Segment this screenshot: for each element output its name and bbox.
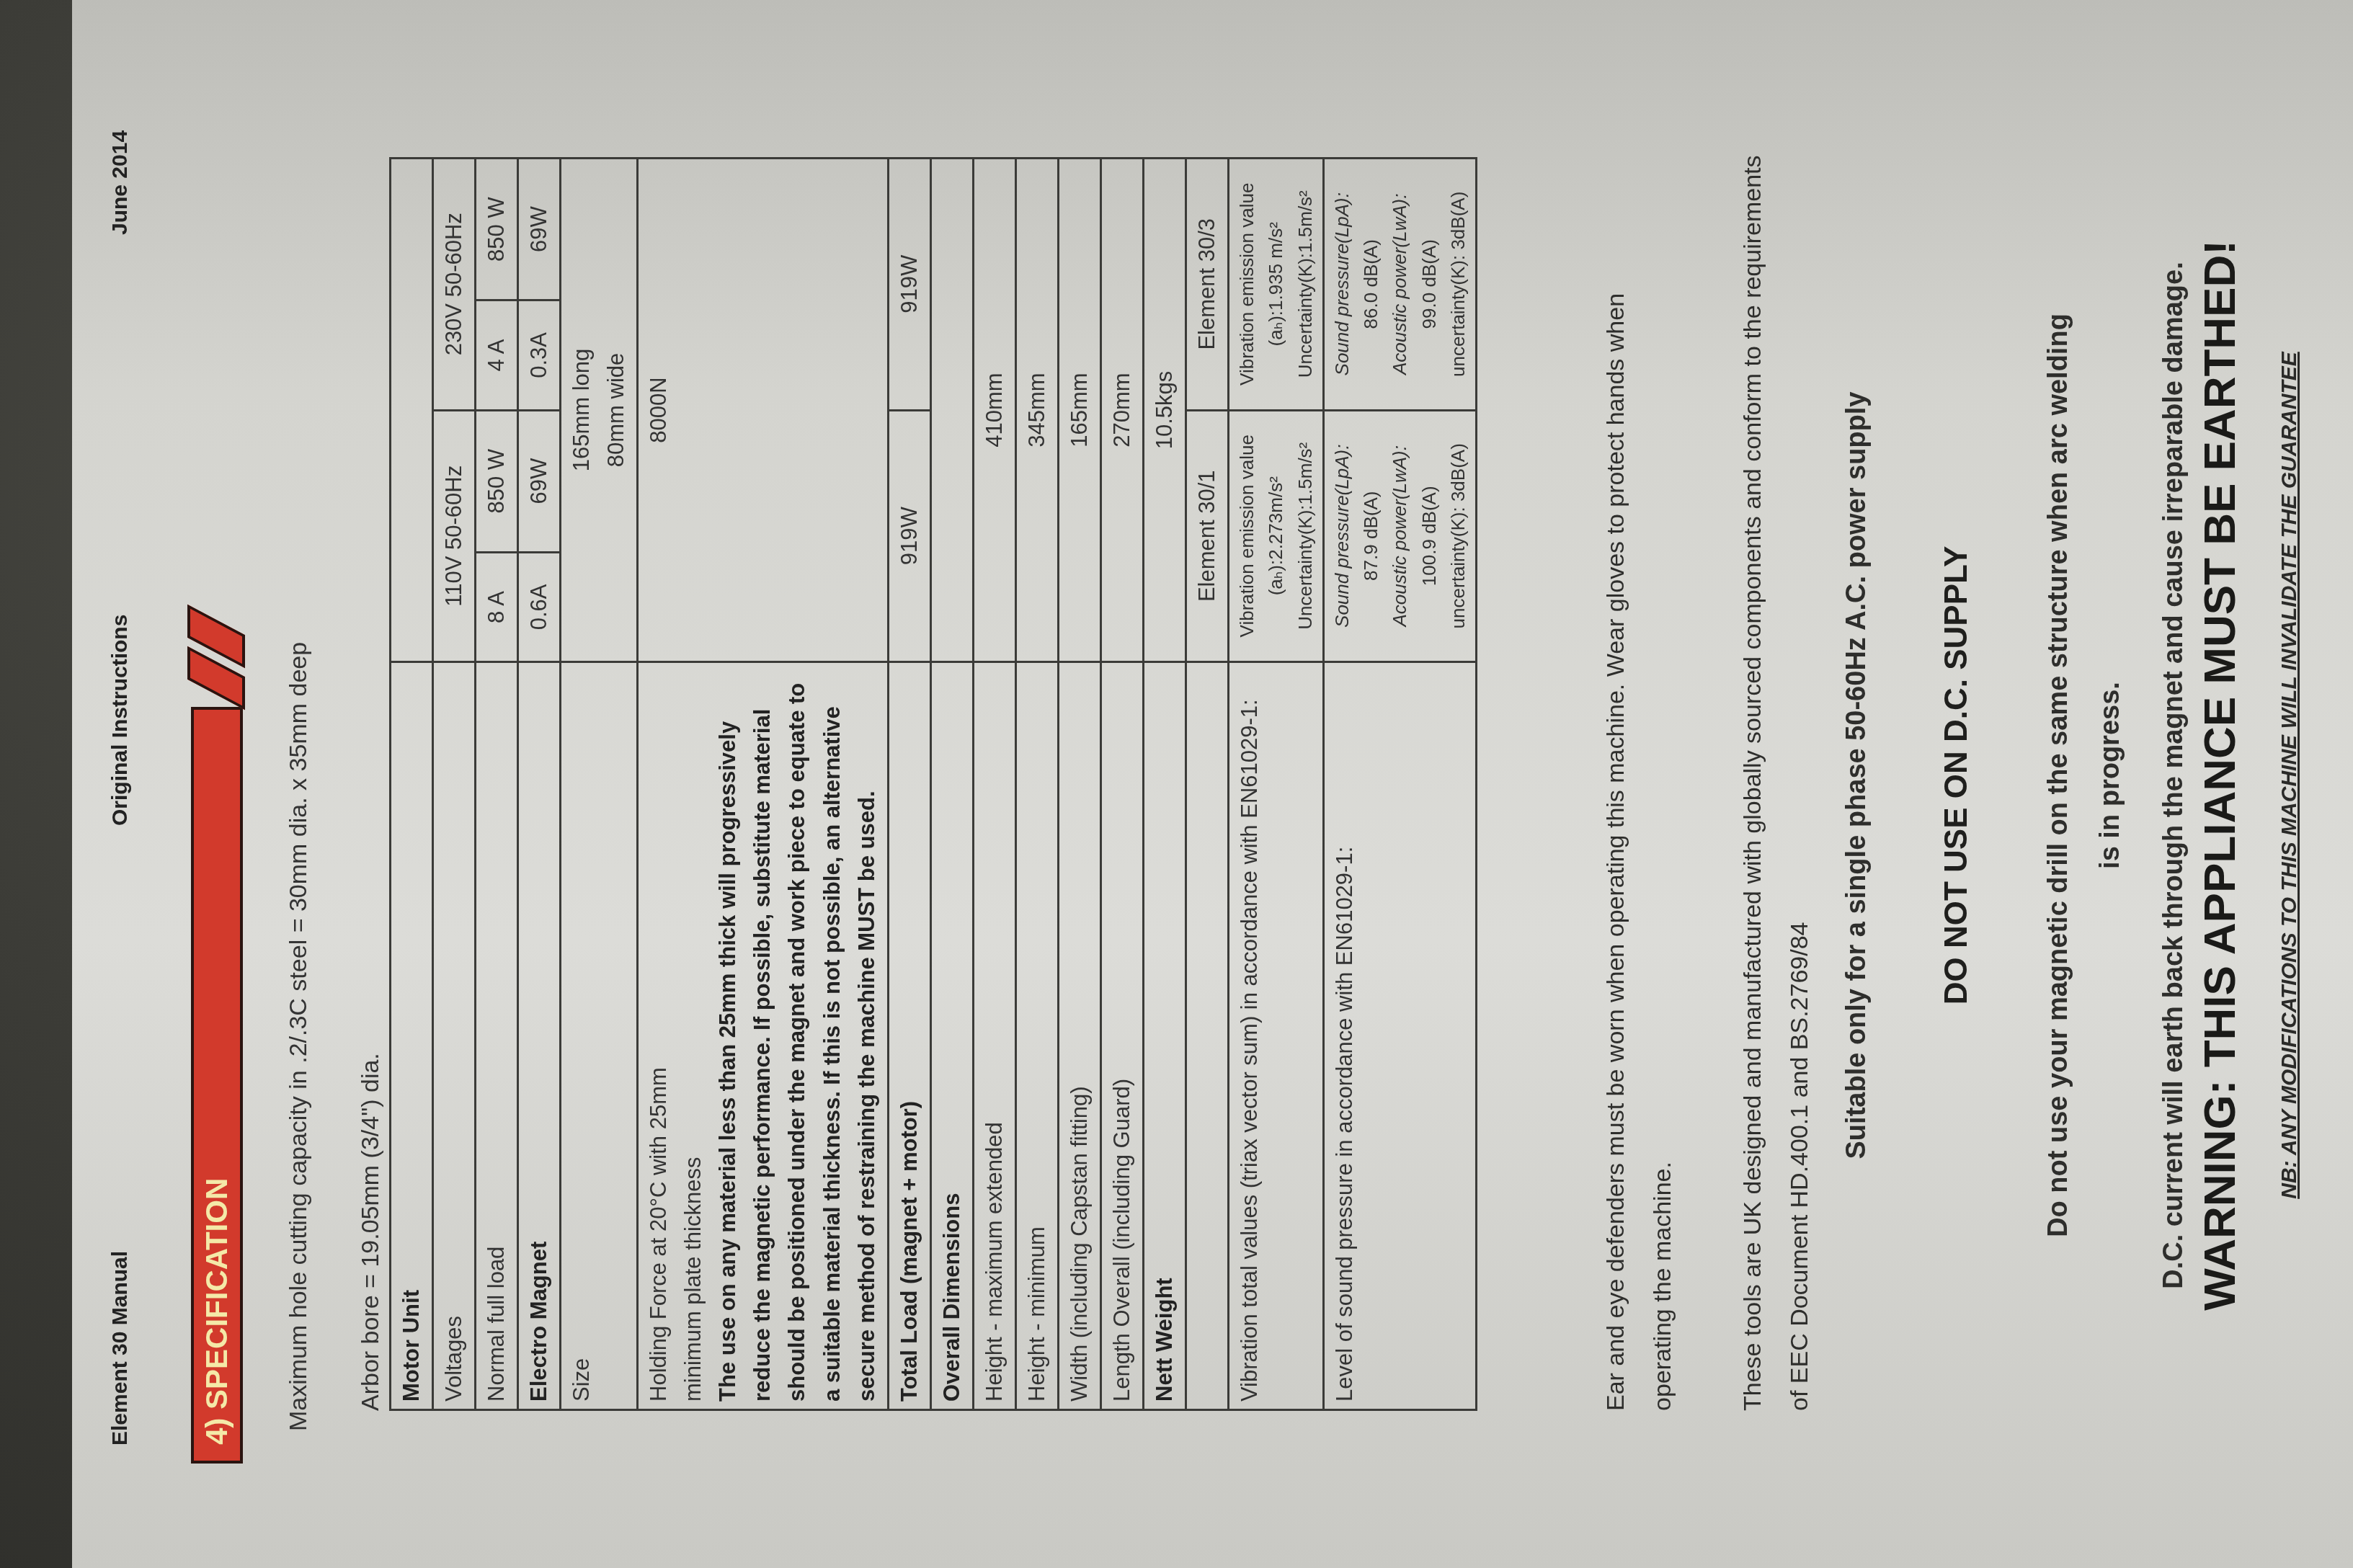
- cell-value: Vibration emission value (aₕ):2.273m/s² …: [1228, 410, 1323, 661]
- arbor-text: Arbor bore = 19.05mm (3/4") dia.: [357, 1053, 385, 1411]
- cell-value: Vibration emission value (aₕ):1.935 m/s²…: [1228, 159, 1323, 411]
- manual-subtitle: Original Instructions: [108, 615, 133, 826]
- row-label: Total Load (magnet + motor): [888, 662, 930, 1410]
- size-width: 80mm wide: [599, 166, 633, 654]
- row-label: Height - maximum extended: [973, 662, 1015, 1410]
- cell-value: 10.5kgs: [1143, 159, 1186, 662]
- cell-value: 850 W: [476, 159, 518, 300]
- row-label: Electro Magnet: [518, 662, 561, 1410]
- cell-value: 270mm: [1100, 159, 1143, 662]
- model-header: Element 30/1: [1186, 410, 1228, 661]
- welding-warning: Do not use your magnetic drill on the sa…: [2032, 307, 2136, 1244]
- cell-value: Sound pressure(LpA): 87.9 dB(A) Acoustic…: [1323, 410, 1476, 661]
- table-row: Overall Dimensions: [930, 159, 973, 1410]
- table-row: Length Overall (including Guard) 270mm: [1100, 159, 1143, 1410]
- row-label: Voltages: [433, 662, 476, 1410]
- cell-value: 0.3A: [518, 300, 561, 410]
- cell-value: 69W: [518, 410, 561, 552]
- size-length: 165mm long: [564, 166, 599, 654]
- section-title: 4) SPECIFICATION: [200, 1178, 234, 1445]
- row-label: Level of sound pressure in accordance wi…: [1323, 662, 1476, 1410]
- table-row: Height - minimum 345mm: [1015, 159, 1058, 1410]
- row-label: Holding Force at 20°C with 25mm minimum …: [638, 662, 888, 1410]
- spec-table: Motor Unit Voltages 110V 50-60Hz 230V 50…: [389, 157, 1477, 1411]
- holding-warning: The use on any material less than 25mm t…: [711, 670, 884, 1402]
- cell-value: 8000N: [638, 159, 888, 662]
- motor-unit-heading: Motor Unit: [391, 662, 433, 1410]
- row-label: Vibration total values (triax vector sum…: [1228, 662, 1323, 1410]
- table-row: Height - maximum extended 410mm: [973, 159, 1015, 1410]
- compliance-note: These tools are UK designed and manufact…: [1730, 150, 1823, 1411]
- row-label: Size: [561, 662, 638, 1410]
- row-label: Overall Dimensions: [930, 662, 973, 1410]
- table-row: Holding Force at 20°C with 25mm minimum …: [638, 159, 888, 1410]
- dc-warning: DO NOT USE ON D.C. SUPPLY: [1939, 91, 1975, 1460]
- capacity-text: Maximum hole cutting capacity in .2/.3C …: [285, 642, 313, 1431]
- table-row: Vibration total values (triax vector sum…: [1228, 159, 1323, 1410]
- dc-current-note: D.C. current will earth back through the…: [2148, 55, 2199, 1496]
- table-row: Voltages 110V 50-60Hz 230V 50-60Hz: [433, 159, 476, 1410]
- guarantee-note: NB: ANY MODIFICATIONS TO THIS MACHINE WI…: [2277, 55, 2302, 1496]
- section-banner: 4) SPECIFICATION: [191, 707, 243, 1464]
- table-row: Size 165mm long 80mm wide: [561, 159, 638, 1410]
- manual-title: Element 30 Manual: [108, 1251, 133, 1445]
- table-row: Motor Unit: [391, 159, 433, 1410]
- table-row: Electro Magnet 0.6A 69W 0.3A 69W: [518, 159, 561, 1410]
- ppe-note: Ear and eye defenders must be worn when …: [1593, 186, 1686, 1411]
- row-label: Length Overall (including Guard): [1100, 662, 1143, 1410]
- cell-value: 110V 50-60Hz: [433, 410, 476, 661]
- cell-value: 919W: [888, 159, 930, 411]
- manual-date: June 2014: [108, 130, 133, 235]
- cell-value: 410mm: [973, 159, 1015, 662]
- cell-value: 919W: [888, 410, 930, 661]
- cell-value: 230V 50-60Hz: [433, 159, 476, 411]
- table-row: Element 30/1 Element 30/3: [1186, 159, 1228, 1410]
- model-header: Element 30/3: [1186, 159, 1228, 411]
- cell-value: Sound pressure(LpA): 86.0 dB(A) Acoustic…: [1323, 159, 1476, 411]
- cell-value: 69W: [518, 159, 561, 300]
- table-row: Total Load (magnet + motor) 919W 919W: [888, 159, 930, 1410]
- cell-value: 8 A: [476, 552, 518, 661]
- manual-page: Element 30 Manual Original Instructions …: [72, 0, 2353, 1568]
- cell-value: 165mm: [1058, 159, 1100, 662]
- cell-value: 165mm long 80mm wide: [561, 159, 638, 662]
- table-row: Normal full load 8 A 850 W 4 A 850 W: [476, 159, 518, 1410]
- row-label: Normal full load: [476, 662, 518, 1410]
- row-label: Height - minimum: [1015, 662, 1058, 1410]
- row-label: Width (including Capstan fitting): [1058, 662, 1100, 1410]
- table-row: Width (including Capstan fitting) 165mm: [1058, 159, 1100, 1410]
- photo-stage: Element 30 Manual Original Instructions …: [0, 0, 2353, 1568]
- supply-note: Suitable only for a single phase 50-60Hz…: [1831, 91, 1882, 1460]
- cell-value: 345mm: [1015, 159, 1058, 662]
- table-row: Level of sound pressure in accordance wi…: [1323, 159, 1476, 1410]
- earthed-warning: WARNING: THIS APPLIANCE MUST BE EARTHED!: [2194, 55, 2246, 1496]
- table-row: Nett Weight 10.5kgs: [1143, 159, 1186, 1410]
- row-label: Nett Weight: [1143, 662, 1186, 1410]
- cell-value: 0.6A: [518, 552, 561, 661]
- cell-value: 4 A: [476, 300, 518, 410]
- cell-value: 850 W: [476, 410, 518, 552]
